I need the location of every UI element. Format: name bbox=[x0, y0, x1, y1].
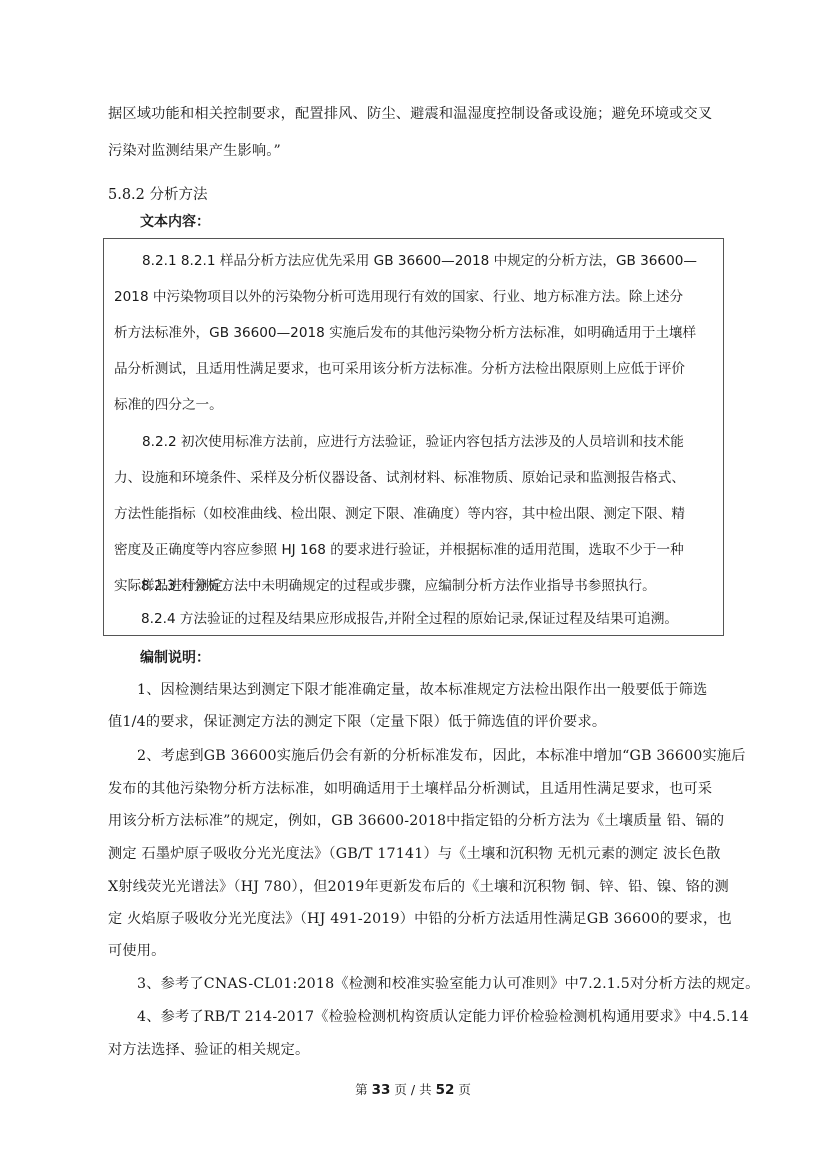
clause-8-2-2-line: 8.2.2 初次使用标准方法前，应进行方法验证，验证内容包括方法涉及的人员培训和… bbox=[142, 432, 684, 452]
clause-8-2-1-line: 8.2.1 8.2.1 样品分析方法应优先采用 GB 36600—2018 中规… bbox=[142, 251, 697, 271]
current-page-number: 33 bbox=[372, 1082, 391, 1098]
note-2-line: 发布的其他污染物分析方法标准，如明确适用于土壤样品分析测试，且适用性满足要求，也… bbox=[108, 779, 712, 799]
note-1-line: 值1/4的要求，保证测定方法的测定下限（定量下限）低于筛选值的评价要求。 bbox=[108, 712, 606, 732]
intro-line: 据区域功能和相关控制要求，配置排风、防尘、避震和温湿度控制设备或设施；避免环境或… bbox=[108, 104, 712, 124]
note-2-line: 可使用。 bbox=[108, 941, 166, 961]
footer-suffix: 页 bbox=[458, 1082, 471, 1097]
page-footer: 第 33 页 / 共 52 页 bbox=[0, 1080, 826, 1098]
clause-8-2-1-line: 2018 中污染物项目以外的污染物分析可选用现行有效的国家、行业、地方标准方法。… bbox=[114, 287, 683, 307]
note-2-line: 定 火焰原子吸收分光光度法》（HJ 491-2019）中铅的分析方法适用性满足G… bbox=[108, 909, 732, 929]
clause-8-2-1-line: 析方法标准外，GB 36600—2018 实施后发布的其他污染物分析方法标准，如… bbox=[114, 323, 696, 343]
note-4-line: 对方法选择、验证的相关规定。 bbox=[108, 1040, 309, 1060]
clause-8-2-3-line: 8.2.3 对分析方法中未明确规定的过程或步骤，应编制分析方法作业指导书参照执行… bbox=[141, 576, 656, 596]
intro-line: 污染对监测结果产生影响。” bbox=[108, 141, 281, 161]
text-content-label: 文本内容： bbox=[140, 211, 210, 231]
clause-8-2-2-line: 方法性能指标（如校准曲线、检出限、测定下限、准确度）等内容，其中检出限、测定下限… bbox=[114, 504, 685, 524]
section-heading: 5.8.2 分析方法 bbox=[108, 183, 208, 204]
note-2-line: 用该分析方法标准”的规定，例如，GB 36600-2018中指定铅的分析方法为《… bbox=[108, 811, 724, 831]
clause-8-2-1-line: 标准的四分之一。 bbox=[114, 395, 223, 415]
compilation-notes-label: 编制说明： bbox=[140, 647, 210, 667]
clause-8-2-4-line: 8.2.4 方法验证的过程及结果应形成报告,并附全过程的原始记录,保证过程及结果… bbox=[141, 609, 678, 629]
clause-8-2-1-line: 品分析测试，且适用性满足要求，也可采用该分析方法标准。分析方法检出限原则上应低于… bbox=[114, 359, 685, 379]
note-2-line: 测定 石墨炉原子吸收分光光度法》（GB/T 17141）与《土壤和沉积物 无机元… bbox=[108, 844, 721, 864]
total-pages-number: 52 bbox=[436, 1082, 455, 1098]
clause-8-2-2-line: 密度及正确度等内容应参照 HJ 168 的要求进行验证，并根据标准的适用范围，选… bbox=[114, 540, 684, 560]
footer-middle: 页 / 共 bbox=[394, 1082, 431, 1097]
note-2-line: 2、考虑到GB 36600实施后仍会有新的分析标准发布，因此，本标准中增加“GB… bbox=[137, 746, 746, 766]
document-page: 据区域功能和相关控制要求，配置排风、防尘、避震和温湿度控制设备或设施；避免环境或… bbox=[0, 0, 826, 1169]
note-2-line: X射线荧光光谱法》（HJ 780），但2019年更新发布后的《土壤和沉积物 铜、… bbox=[108, 877, 729, 897]
clause-8-2-2-line: 力、设施和环境条件、采样及分析仪器设备、试剂材料、标准物质、原始记录和监测报告格… bbox=[114, 468, 685, 488]
note-3-line: 3、参考了CNAS-CL01:2018《检测和校准实验室能力认可准则》中7.2.… bbox=[137, 974, 759, 994]
footer-prefix: 第 bbox=[355, 1082, 368, 1097]
note-1-line: 1、因检测结果达到测定下限才能准确定量，故本标准规定方法检出限作出一般要低于筛选 bbox=[137, 680, 707, 700]
note-4-line: 4、参考了RB/T 214-2017《检验检测机构资质认定能力评价检验检测机构通… bbox=[137, 1007, 749, 1027]
